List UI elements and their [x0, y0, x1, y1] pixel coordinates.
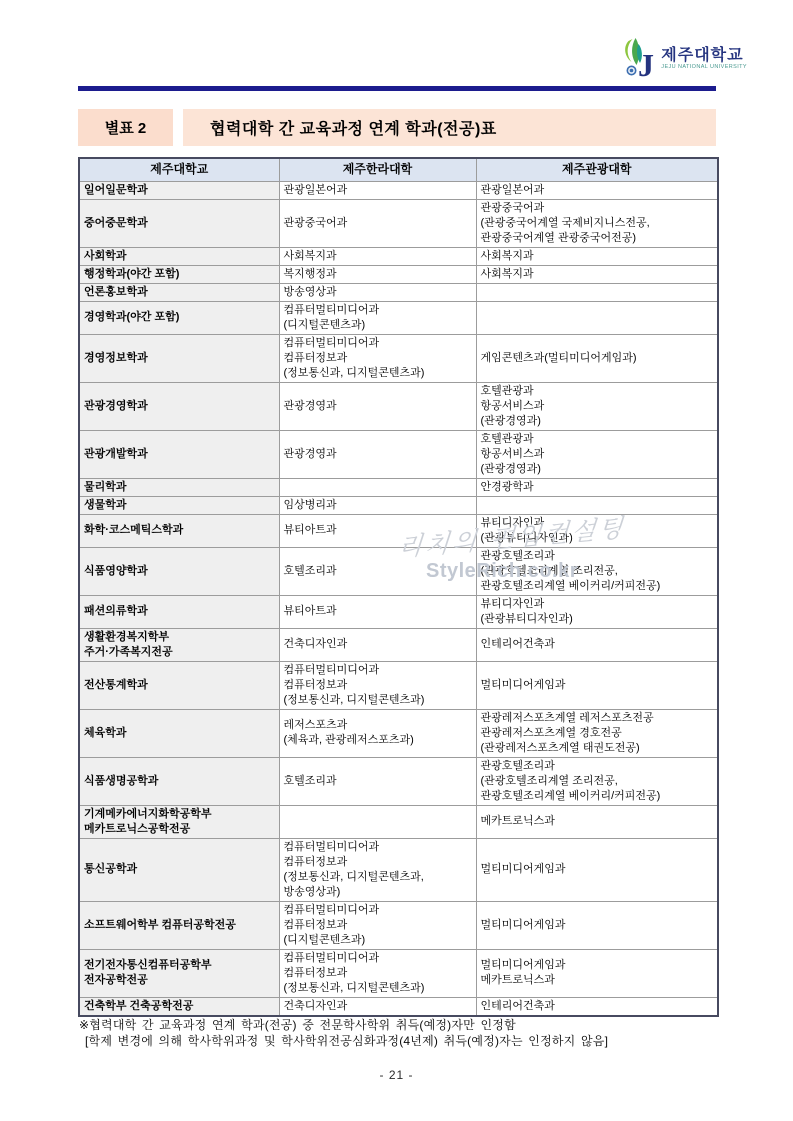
cell-halla: 컴퓨터멀티미디어과 (디지털콘텐츠과) — [279, 301, 476, 334]
cell-tourism: 멀티미디어게임과 — [476, 661, 718, 709]
annex-label: 별표 2 — [78, 109, 173, 146]
logo-university-name-en: JEJU NATIONAL UNIVERSITY — [661, 64, 747, 71]
cell-halla: 방송영상과 — [279, 283, 476, 301]
document-page: J 제주대학교 JEJU NATIONAL UNIVERSITY 별표 2 협력… — [0, 0, 793, 1121]
cell-tourism: 뷰티디자인과 (관광뷰티디자인과) — [476, 595, 718, 628]
footnote: ※협력대학 간 교육과정 연계 학과(전공) 중 전문학사학위 취득(예정)자만… — [79, 1017, 729, 1049]
cell-halla: 복지행정과 — [279, 265, 476, 283]
table-row: 통신공학과컴퓨터멀티미디어과 컴퓨터정보과 (정보통신과, 디지털콘텐츠과, 방… — [79, 838, 718, 901]
table-row: 식품생명공학과호텔조리과관광호텔조리과 (관광호텔조리계열 조리전공, 관광호텔… — [79, 757, 718, 805]
table-row: 패션의류학과뷰티아트과뷰티디자인과 (관광뷰티디자인과) — [79, 595, 718, 628]
table-row: 식품영양학과호텔조리과관광호텔조리과 (관광호텔조리계열 조리전공, 관광호텔조… — [79, 547, 718, 595]
cell-tourism: 인테리어건축과 — [476, 628, 718, 661]
table-row: 일어일문학과관광일본어과관광일본어과 — [79, 181, 718, 199]
cell-halla: 사회복지과 — [279, 247, 476, 265]
title-bar: 별표 2 협력대학 간 교육과정 연계 학과(전공)표 — [78, 109, 716, 146]
cell-tourism — [476, 496, 718, 514]
cell-halla: 레저스포츠과 (체육과, 관광레저스포츠과) — [279, 709, 476, 757]
cell-jnu: 관광경영학과 — [79, 382, 279, 430]
cell-tourism: 관광일본어과 — [476, 181, 718, 199]
cell-jnu: 언론홍보학과 — [79, 283, 279, 301]
cell-halla — [279, 478, 476, 496]
table-row: 관광경영학과관광경영과호텔관광과 항공서비스과 (관광경영과) — [79, 382, 718, 430]
cell-halla: 관광경영과 — [279, 382, 476, 430]
svg-text:J: J — [638, 47, 654, 80]
table-row: 언론홍보학과방송영상과 — [79, 283, 718, 301]
cell-jnu: 패션의류학과 — [79, 595, 279, 628]
page-number: - 21 - — [0, 1068, 793, 1082]
cell-jnu: 식품영양학과 — [79, 547, 279, 595]
table-row: 체육학과레저스포츠과 (체육과, 관광레저스포츠과)관광레저스포츠계열 레저스포… — [79, 709, 718, 757]
page-title: 협력대학 간 교육과정 연계 학과(전공)표 — [183, 109, 716, 146]
table-row: 사회학과사회복지과사회복지과 — [79, 247, 718, 265]
jeju-university-logo: J 제주대학교 JEJU NATIONAL UNIVERSITY — [622, 38, 747, 80]
cell-jnu: 일어일문학과 — [79, 181, 279, 199]
column-header-jnu: 제주대학교 — [79, 158, 279, 181]
logo-text: 제주대학교 JEJU NATIONAL UNIVERSITY — [661, 47, 747, 71]
table-row: 전기전자통신컴퓨터공학부 전자공학전공컴퓨터멀티미디어과 컴퓨터정보과 (정보통… — [79, 949, 718, 997]
cell-tourism: 메카트로닉스과 — [476, 805, 718, 838]
cell-halla: 관광경영과 — [279, 430, 476, 478]
cell-halla — [279, 805, 476, 838]
cell-tourism: 뷰티디자인과 (관광뷰티디자인과) — [476, 514, 718, 547]
cell-jnu: 식품생명공학과 — [79, 757, 279, 805]
cell-tourism: 멀티미디어게임과 — [476, 838, 718, 901]
header-rule — [78, 86, 716, 91]
cell-halla: 뷰티아트과 — [279, 514, 476, 547]
cell-tourism: 게임콘텐츠과(멀티미디어게임과) — [476, 334, 718, 382]
cell-halla: 관광일본어과 — [279, 181, 476, 199]
cell-tourism — [476, 283, 718, 301]
table-row: 전산통계학과컴퓨터멀티미디어과 컴퓨터정보과 (정보통신과, 디지털콘텐츠과)멀… — [79, 661, 718, 709]
cell-tourism: 관광레저스포츠계열 레저스포츠전공 관광레저스포츠계열 경호전공 (관광레저스포… — [476, 709, 718, 757]
cell-halla: 컴퓨터멀티미디어과 컴퓨터정보과 (정보통신과, 디지털콘텐츠과) — [279, 334, 476, 382]
table-row: 관광개발학과관광경영과호텔관광과 항공서비스과 (관광경영과) — [79, 430, 718, 478]
cell-tourism: 관광호텔조리과 (관광호텔조리계열 조리전공, 관광호텔조리계열 베이커리/커피… — [476, 757, 718, 805]
table-row: 경영학과(야간 포함)컴퓨터멀티미디어과 (디지털콘텐츠과) — [79, 301, 718, 334]
cell-tourism: 멀티미디어게임과 메카트로닉스과 — [476, 949, 718, 997]
table-row: 기계메카에너지화학공학부 메카트로닉스공학전공메카트로닉스과 — [79, 805, 718, 838]
column-header-halla: 제주한라대학 — [279, 158, 476, 181]
cell-halla: 임상병리과 — [279, 496, 476, 514]
cell-halla: 뷰티아트과 — [279, 595, 476, 628]
table-row: 소프트웨어학부 컴퓨터공학전공컴퓨터멀티미디어과 컴퓨터정보과 (디지털콘텐츠과… — [79, 901, 718, 949]
cell-jnu: 통신공학과 — [79, 838, 279, 901]
cell-halla: 컴퓨터멀티미디어과 컴퓨터정보과 (정보통신과, 디지털콘텐츠과) — [279, 661, 476, 709]
cell-halla: 컴퓨터멀티미디어과 컴퓨터정보과 (정보통신과, 디지털콘텐츠과) — [279, 949, 476, 997]
cell-tourism: 사회복지과 — [476, 265, 718, 283]
table-row: 물리학과안경광학과 — [79, 478, 718, 496]
cell-jnu: 화학·코스메틱스학과 — [79, 514, 279, 547]
cell-jnu: 전산통계학과 — [79, 661, 279, 709]
cell-jnu: 기계메카에너지화학공학부 메카트로닉스공학전공 — [79, 805, 279, 838]
jeju-logo-mark-icon: J — [622, 38, 656, 80]
cell-tourism: 호텔관광과 항공서비스과 (관광경영과) — [476, 430, 718, 478]
cell-halla: 호텔조리과 — [279, 547, 476, 595]
cell-halla: 컴퓨터멀티미디어과 컴퓨터정보과 (디지털콘텐츠과) — [279, 901, 476, 949]
cell-tourism — [476, 301, 718, 334]
cell-tourism: 호텔관광과 항공서비스과 (관광경영과) — [476, 382, 718, 430]
cell-jnu: 생물학과 — [79, 496, 279, 514]
column-header-tourism: 제주관광대학 — [476, 158, 718, 181]
cell-jnu: 경영정보학과 — [79, 334, 279, 382]
cell-jnu: 사회학과 — [79, 247, 279, 265]
cell-tourism: 사회복지과 — [476, 247, 718, 265]
table-row: 화학·코스메틱스학과뷰티아트과뷰티디자인과 (관광뷰티디자인과) — [79, 514, 718, 547]
cell-jnu: 건축학부 건축공학전공 — [79, 997, 279, 1016]
table-row: 중어중문학과관광중국어과관광중국어과 (관광중국어계열 국제비지니스전공, 관광… — [79, 199, 718, 247]
cell-tourism: 안경광학과 — [476, 478, 718, 496]
cell-jnu: 소프트웨어학부 컴퓨터공학전공 — [79, 901, 279, 949]
cell-tourism: 관광호텔조리과 (관광호텔조리계열 조리전공, 관광호텔조리계열 베이커리/커피… — [476, 547, 718, 595]
cell-jnu: 전기전자통신컴퓨터공학부 전자공학전공 — [79, 949, 279, 997]
cell-jnu: 체육학과 — [79, 709, 279, 757]
table-row: 건축학부 건축공학전공건축디자인과인테리어건축과 — [79, 997, 718, 1016]
footnote-line-1: ※협력대학 간 교육과정 연계 학과(전공) 중 전문학사학위 취득(예정)자만… — [79, 1017, 729, 1033]
table-header-row: 제주대학교 제주한라대학 제주관광대학 — [79, 158, 718, 181]
table-row: 경영정보학과컴퓨터멀티미디어과 컴퓨터정보과 (정보통신과, 디지털콘텐츠과)게… — [79, 334, 718, 382]
cell-jnu: 관광개발학과 — [79, 430, 279, 478]
table-row: 행정학과(야간 포함)복지행정과사회복지과 — [79, 265, 718, 283]
cell-jnu: 물리학과 — [79, 478, 279, 496]
cell-halla: 건축디자인과 — [279, 997, 476, 1016]
linkage-table: 제주대학교 제주한라대학 제주관광대학 일어일문학과관광일본어과관광일본어과중어… — [78, 157, 719, 1017]
table-row: 생물학과임상병리과 — [79, 496, 718, 514]
footnote-line-2: [학제 변경에 의해 학사학위과정 및 학사학위전공심화과정(4년제) 취득(예… — [79, 1033, 729, 1049]
linkage-table-body: 일어일문학과관광일본어과관광일본어과중어중문학과관광중국어과관광중국어과 (관광… — [79, 181, 718, 1016]
logo-university-name-ko: 제주대학교 — [661, 47, 747, 64]
linkage-table-wrap: 제주대학교 제주한라대학 제주관광대학 일어일문학과관광일본어과관광일본어과중어… — [78, 157, 717, 1017]
cell-halla: 호텔조리과 — [279, 757, 476, 805]
cell-jnu: 경영학과(야간 포함) — [79, 301, 279, 334]
cell-jnu: 중어중문학과 — [79, 199, 279, 247]
cell-jnu: 행정학과(야간 포함) — [79, 265, 279, 283]
table-row: 생활환경복지학부 주거·가족복지전공건축디자인과인테리어건축과 — [79, 628, 718, 661]
cell-jnu: 생활환경복지학부 주거·가족복지전공 — [79, 628, 279, 661]
cell-tourism: 인테리어건축과 — [476, 997, 718, 1016]
cell-halla: 건축디자인과 — [279, 628, 476, 661]
cell-tourism: 멀티미디어게임과 — [476, 901, 718, 949]
cell-tourism: 관광중국어과 (관광중국어계열 국제비지니스전공, 관광중국어계열 관광중국어전… — [476, 199, 718, 247]
cell-halla: 컴퓨터멀티미디어과 컴퓨터정보과 (정보통신과, 디지털콘텐츠과, 방송영상과) — [279, 838, 476, 901]
cell-halla: 관광중국어과 — [279, 199, 476, 247]
